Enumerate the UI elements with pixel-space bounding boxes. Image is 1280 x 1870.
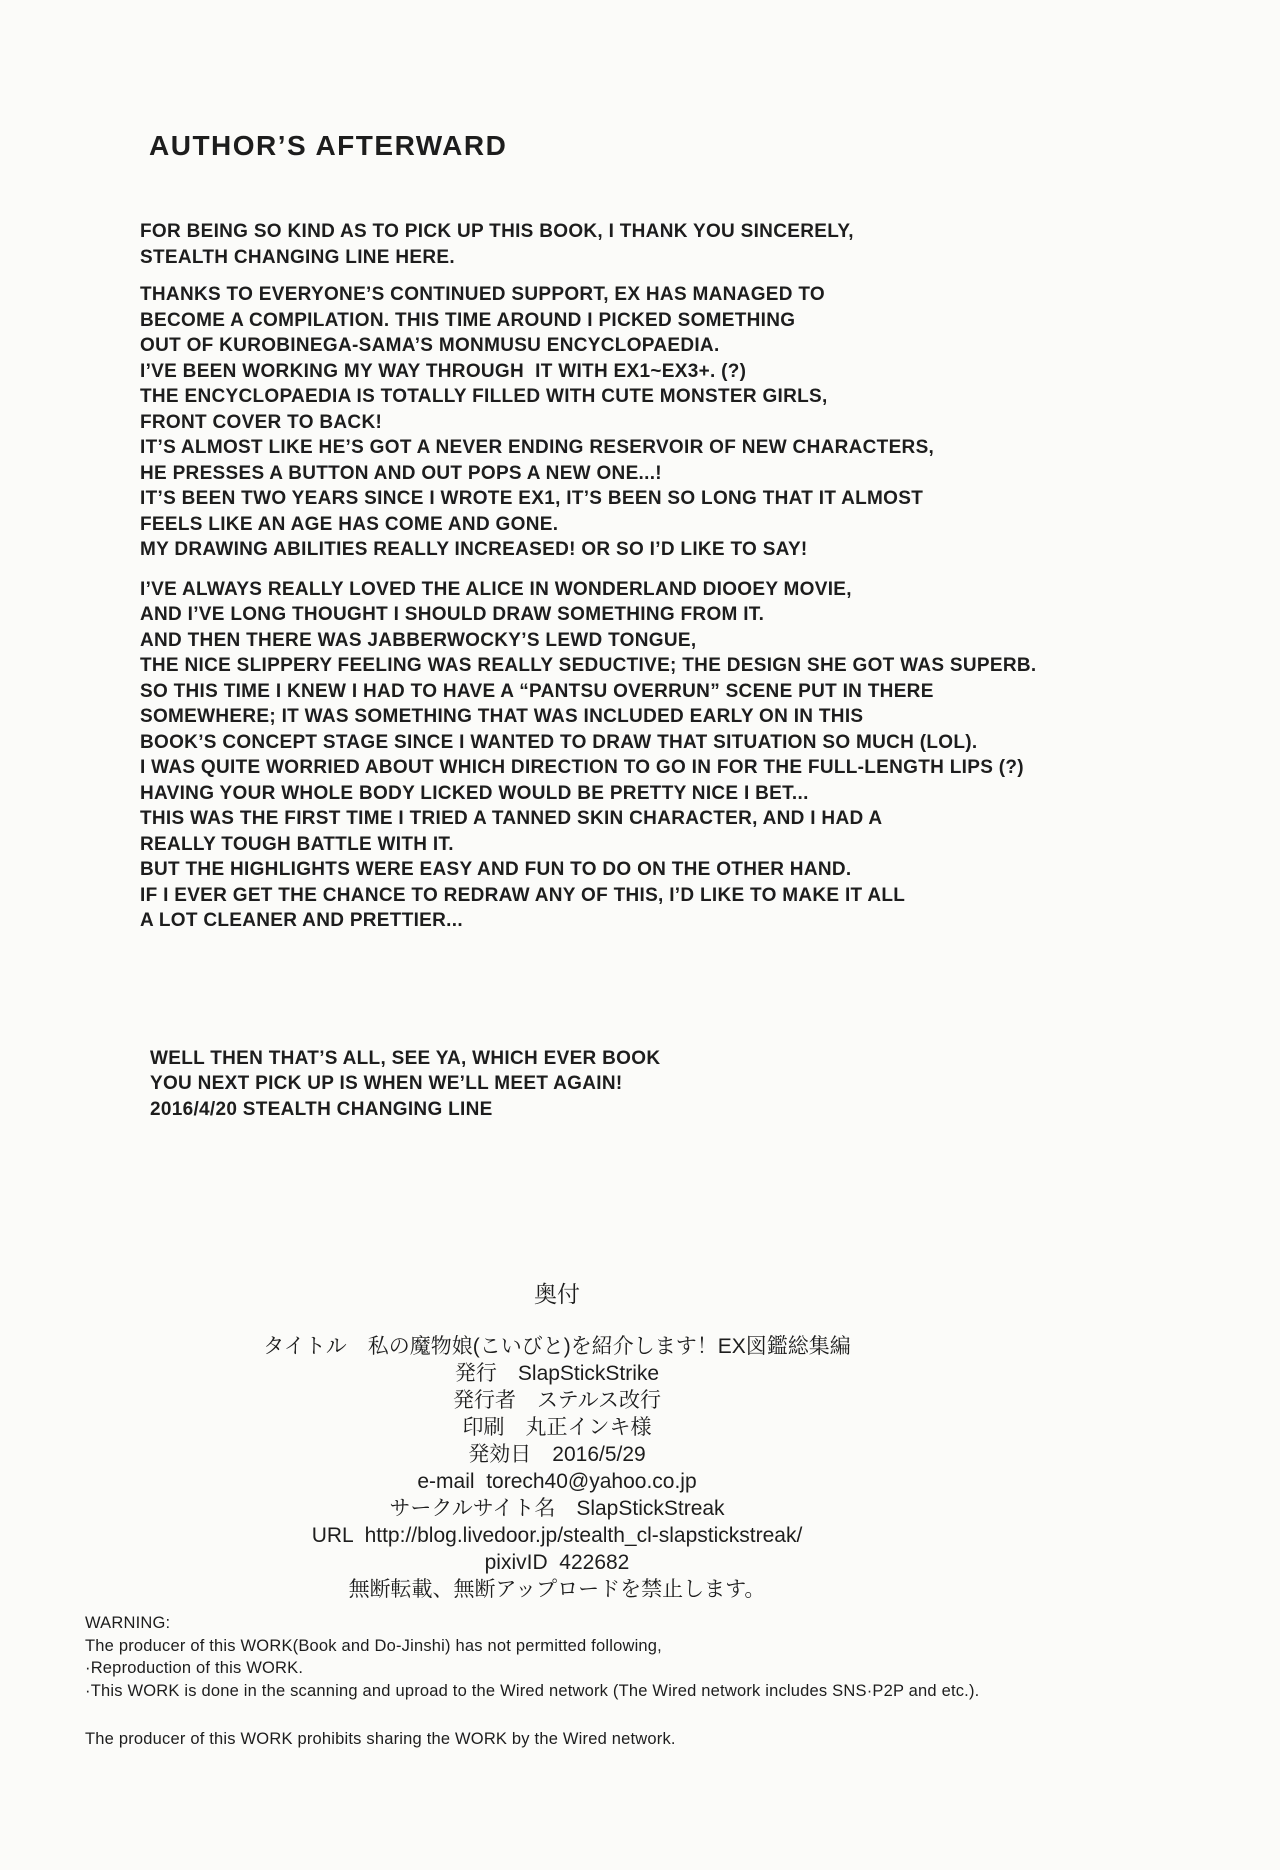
warning-line: The producer of this WORK(Book and Do-Ji… xyxy=(85,1635,979,1658)
text-line: HAVING YOUR WHOLE BODY LICKED WOULD BE P… xyxy=(140,781,1036,807)
text-line: YOU NEXT PICK UP IS WHEN WE’LL MEET AGAI… xyxy=(150,1071,1036,1097)
text-line: THIS WAS THE FIRST TIME I TRIED A TANNED… xyxy=(140,806,1036,832)
text-line: SOMEWHERE; IT WAS SOMETHING THAT WAS INC… xyxy=(140,704,1036,730)
text-line: STEALTH CHANGING LINE HERE. xyxy=(140,245,1036,271)
colophon-lines: タイトル 私の魔物娘(こいびと)を紹介します！EX図鑑総集編発行 SlapSti… xyxy=(52,1333,1062,1603)
text-line: FEELS LIKE AN AGE HAS COME AND GONE. xyxy=(140,512,1036,538)
text-line: IT’S ALMOST LIKE HE’S GOT A NEVER ENDING… xyxy=(140,435,1036,461)
text-line: THANKS TO EVERYONE’S CONTINUED SUPPORT, … xyxy=(140,282,1036,308)
text-line: IT’S BEEN TWO YEARS SINCE I WROTE EX1, I… xyxy=(140,486,1036,512)
text-line: 2016/4/20 STEALTH CHANGING LINE xyxy=(150,1097,1036,1123)
afterword-paragraph-2: THANKS TO EVERYONE’S CONTINUED SUPPORT, … xyxy=(140,282,1036,563)
afterword-body: FOR BEING SO KIND AS TO PICK UP THIS BOO… xyxy=(140,219,1036,1122)
text-line: WELL THEN THAT’S ALL, SEE YA, WHICH EVER… xyxy=(150,1046,1036,1072)
text-line: IF I EVER GET THE CHANCE TO REDRAW ANY O… xyxy=(140,883,1036,909)
text-line: I WAS QUITE WORRIED ABOUT WHICH DIRECTIO… xyxy=(140,755,1036,781)
afterword-closing-paragraph: WELL THEN THAT’S ALL, SEE YA, WHICH EVER… xyxy=(140,1046,1036,1123)
warning-footer: The producer of this WORK prohibits shar… xyxy=(85,1728,979,1751)
text-line: BUT THE HIGHLIGHTS WERE EASY AND FUN TO … xyxy=(140,857,1036,883)
text-line: AND THEN THERE WAS JABBERWOCKY’S LEWD TO… xyxy=(140,628,1036,654)
text-line: THE ENCYCLOPAEDIA IS TOTALLY FILLED WITH… xyxy=(140,384,1036,410)
afterword-paragraph-1: FOR BEING SO KIND AS TO PICK UP THIS BOO… xyxy=(140,219,1036,270)
warning-line: ·Reproduction of this WORK. xyxy=(85,1657,979,1680)
warning-block: WARNING: The producer of this WORK(Book … xyxy=(85,1612,979,1751)
text-line: REALLY TOUGH BATTLE WITH IT. xyxy=(140,832,1036,858)
afterword-paragraph-3: I’VE ALWAYS REALLY LOVED THE ALICE IN WO… xyxy=(140,577,1036,934)
colophon-line: 印刷 丸正インキ様 xyxy=(52,1414,1062,1441)
colophon: 奥付 タイトル 私の魔物娘(こいびと)を紹介します！EX図鑑総集編発行 Slap… xyxy=(52,1276,1062,1603)
text-line: FOR BEING SO KIND AS TO PICK UP THIS BOO… xyxy=(140,219,1036,245)
warning-line: ·This WORK is done in the scanning and u… xyxy=(85,1680,979,1703)
text-line: I’VE BEEN WORKING MY WAY THROUGH IT WITH… xyxy=(140,359,1036,385)
colophon-line: タイトル 私の魔物娘(こいびと)を紹介します！EX図鑑総集編 xyxy=(52,1333,1062,1360)
text-line: BOOK’S CONCEPT STAGE SINCE I WANTED TO D… xyxy=(140,730,1036,756)
colophon-line: 発効日 2016/5/29 xyxy=(52,1441,1062,1468)
text-line: OUT OF KUROBINEGA-SAMA’S MONMUSU ENCYCLO… xyxy=(140,333,1036,359)
text-line: THE NICE SLIPPERY FEELING WAS REALLY SED… xyxy=(140,653,1036,679)
text-line: FRONT COVER TO BACK! xyxy=(140,410,1036,436)
colophon-line: 発行 SlapStickStrike xyxy=(52,1360,1062,1387)
colophon-line: pixivID 422682 xyxy=(52,1549,1062,1576)
colophon-line: サークルサイト名 SlapStickStreak xyxy=(52,1495,1062,1522)
colophon-line: 無断転載、無断アップロードを禁止します。 xyxy=(52,1576,1062,1603)
page-title: AUTHOR’S AFTERWARD xyxy=(149,130,507,162)
text-line: A LOT CLEANER AND PRETTIER... xyxy=(140,908,1036,934)
afterword-page: AUTHOR’S AFTERWARD FOR BEING SO KIND AS … xyxy=(0,0,1280,1870)
text-line: HE PRESSES A BUTTON AND OUT POPS A NEW O… xyxy=(140,461,1036,487)
warning-heading: WARNING: xyxy=(85,1612,979,1635)
colophon-line: e-mail torech40@yahoo.co.jp xyxy=(52,1468,1062,1495)
text-line: I’VE ALWAYS REALLY LOVED THE ALICE IN WO… xyxy=(140,577,1036,603)
text-line: SO THIS TIME I KNEW I HAD TO HAVE A “PAN… xyxy=(140,679,1036,705)
colophon-line: 発行者 ステルス改行 xyxy=(52,1387,1062,1414)
colophon-heading: 奥付 xyxy=(52,1276,1062,1309)
colophon-line: URL http://blog.livedoor.jp/stealth_cl-s… xyxy=(52,1522,1062,1549)
text-line: MY DRAWING ABILITIES REALLY INCREASED! O… xyxy=(140,537,1036,563)
warning-lines: The producer of this WORK(Book and Do-Ji… xyxy=(85,1635,979,1703)
text-line: BECOME A COMPILATION. THIS TIME AROUND I… xyxy=(140,308,1036,334)
text-line: AND I’VE LONG THOUGHT I SHOULD DRAW SOME… xyxy=(140,602,1036,628)
